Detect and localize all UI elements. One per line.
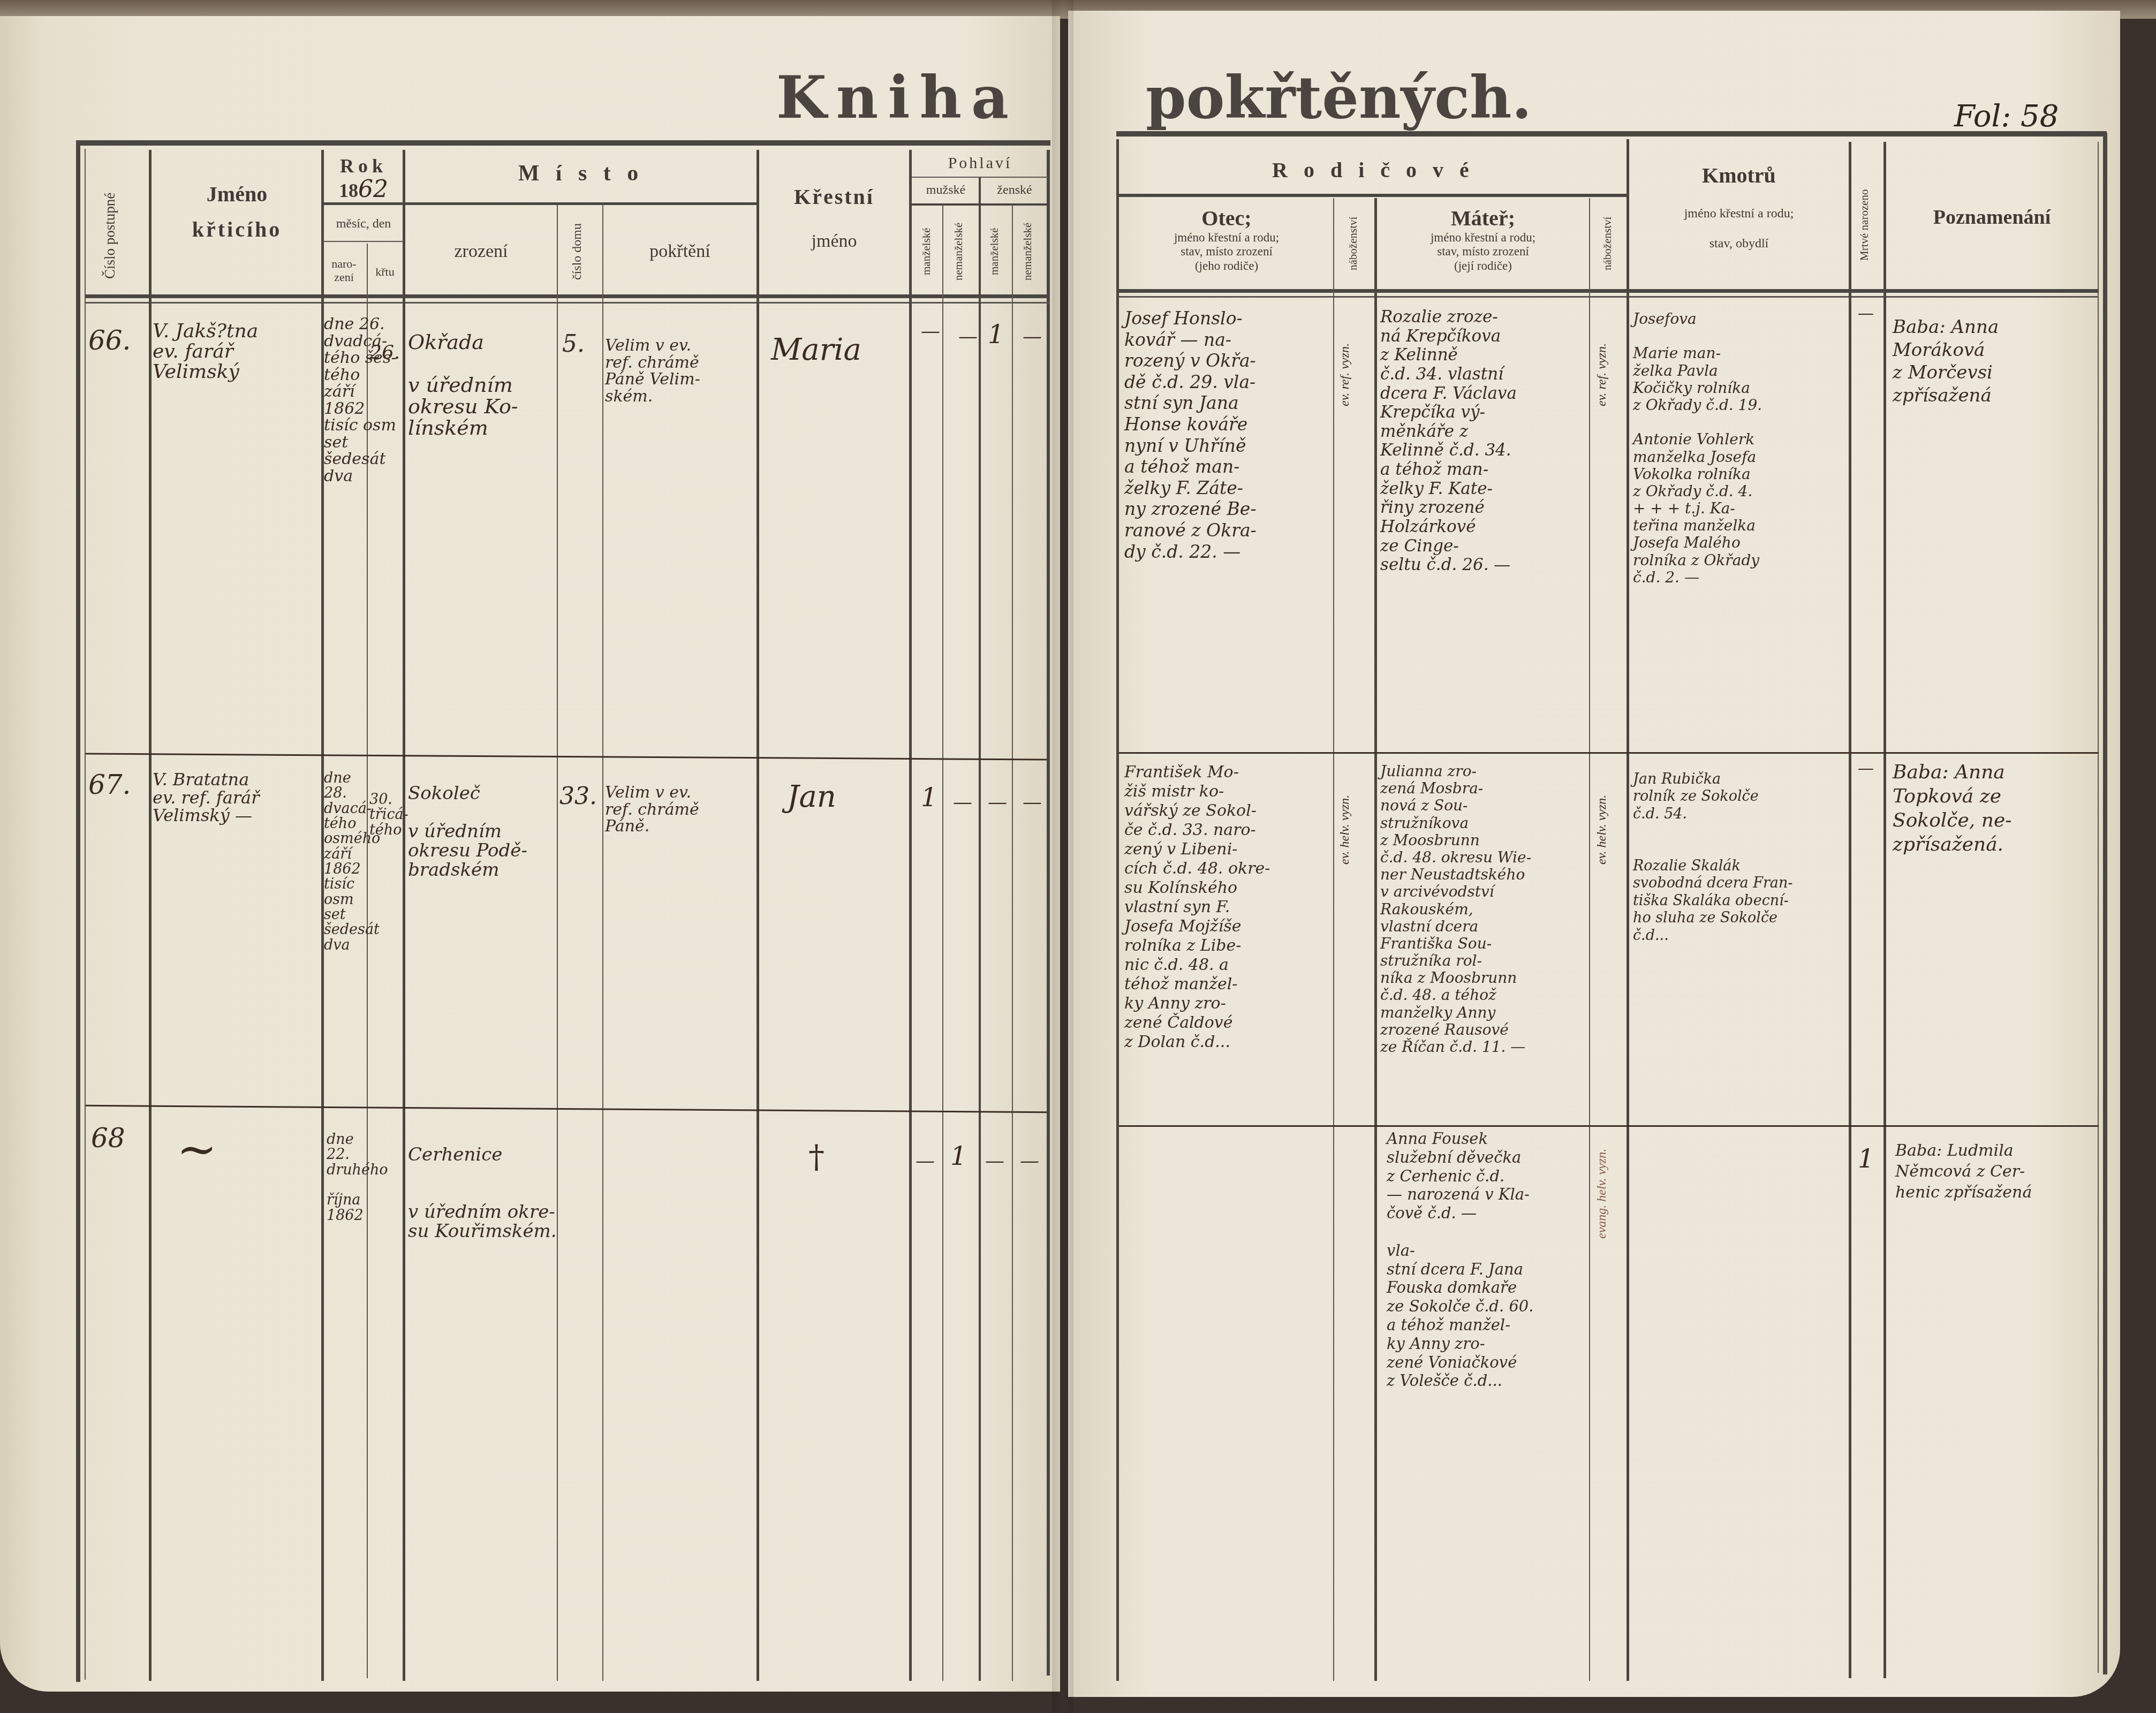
header-kmotru: Kmotrů jméno křestní a rodu; stav, obydl… — [1629, 163, 1849, 251]
folio-number: Fol: 58 — [1954, 99, 2059, 134]
header-zrozeni: zrození — [405, 241, 557, 262]
father: Josef Honslo- kovář — na- rozený v Okřa-… — [1124, 308, 1333, 562]
entry-number: 66. — [88, 327, 131, 355]
header-mrtve-narozeno: Mrtvé narozeno — [1858, 171, 1871, 278]
stillborn: — — [1858, 305, 1874, 322]
title-left: Kniha — [776, 64, 1018, 132]
given-name: † — [808, 1140, 824, 1174]
mother: Rozalie zroze- ná Krepčíkova z Kelinně č… — [1380, 308, 1589, 575]
female-legit: — — [985, 1151, 1004, 1171]
header-male-illegit: nemanželské — [952, 211, 965, 292]
male-legit: — — [916, 1151, 935, 1171]
entry-number: 67. — [88, 771, 131, 799]
book-spine — [1052, 0, 1073, 1713]
birthplace: Sokoleč v úředním okresu Podě- bradském — [408, 784, 558, 880]
stillborn: 1 — [1858, 1146, 1874, 1172]
baptizer: V. Jakš?tna ev. farář Velimský — [153, 321, 321, 382]
header-pohlavi: Pohlaví — [912, 154, 1048, 173]
mother: Anna Fousek služební děvečka z Cerhenic … — [1387, 1130, 1595, 1390]
header-rodicove: R o d i č o v é — [1119, 158, 1628, 183]
header-krestni-jmeno: Křestní jméno — [759, 185, 909, 252]
baptizer: ~ — [177, 1124, 217, 1175]
header-misto: M í s t o — [405, 161, 757, 186]
father: František Mo- žiš mistr ko- vářský ze So… — [1124, 763, 1333, 1052]
given-name: Jan — [787, 782, 836, 813]
header-female-illegit: nemanželské — [1021, 211, 1034, 292]
house-number: 33. — [559, 784, 597, 809]
header-rok: Rok 1862 — [324, 155, 403, 202]
header-muzske: mužské — [912, 183, 980, 198]
female-illegit: — — [1023, 792, 1042, 813]
house-number: 5. — [562, 332, 585, 357]
male-illegit: 1 — [950, 1143, 967, 1170]
baptism-date: 26. — [369, 343, 400, 363]
remarks: Baba: Ludmila Němcová z Cer- henic zpřís… — [1895, 1140, 2099, 1203]
header-krtu: křtu — [367, 265, 403, 278]
baptism-date: 30. třicá- tého — [369, 792, 404, 838]
place-baptized: Velim v ev. ref. chrámě Páně. — [605, 784, 758, 835]
place-baptized: Velim v ev. ref. chrámě Páně Velim- ském… — [605, 337, 758, 405]
header-father-religion: náboženství — [1346, 206, 1360, 281]
header-female-legit: manželské — [988, 211, 1001, 292]
header-zenske: ženské — [981, 183, 1048, 198]
female-legit: 1 — [988, 321, 1004, 348]
baptizer: V. Bratatna ev. ref. farář Velimský — — [153, 771, 321, 825]
header-otec: Otec; jméno křestní a rodu; stav, místo … — [1120, 206, 1333, 273]
birth-date: dne 22. druhého října 1862 — [327, 1132, 372, 1223]
godparents: Josefova Marie man- želka Pavla Kočičky … — [1633, 310, 1847, 586]
row-separator — [1119, 1125, 2099, 1127]
row-separator — [1119, 752, 2099, 754]
mother: Julianna zro- zená Mosbra- nová z Sou- s… — [1380, 763, 1589, 1056]
mother-religion: ev. helv. vyzn. — [1595, 765, 1609, 894]
birth-date: dne 28. dvacá- tého osmého září 1862 tis… — [324, 771, 369, 953]
header-jmeno: Jméno křticího — [153, 182, 321, 242]
birthplace: Cerhenice v úředním okre- su Kouřimském. — [408, 1146, 563, 1241]
remarks: Baba: Anna Topková ze Sokolče, ne- zpřís… — [1893, 760, 2099, 856]
male-legit: — — [921, 321, 940, 342]
male-illegit: — — [958, 327, 978, 347]
header-mesic-den: měsíc, den — [324, 217, 403, 232]
male-illegit: — — [953, 792, 972, 813]
mother-religion: evang. helv. vyzn. — [1595, 1135, 1609, 1253]
father-religion: ev. ref. vyzn. — [1338, 316, 1352, 434]
godparents: Jan Rubička rolník ze Sokolče č.d. 54. R… — [1633, 771, 1847, 944]
header-mater: Máteř; jméno křestní a rodu; stav, místo… — [1377, 206, 1589, 273]
header-cislo-domu: číslo domu — [570, 214, 585, 289]
header-male-legit: manželské — [920, 211, 933, 292]
remarks: Baba: Anna Moráková z Morčevsi zpřísažen… — [1893, 316, 2099, 407]
female-illegit: — — [1023, 327, 1042, 347]
female-legit: — — [988, 792, 1007, 813]
male-legit: 1 — [921, 784, 937, 811]
header-cislo-postupne: Číslo postupné — [102, 182, 118, 289]
header-mother-religion: náboženství — [1601, 206, 1614, 281]
header-poznamenani: Poznamenání — [1886, 206, 2098, 230]
given-name: Maria — [771, 335, 861, 366]
female-illegit: — — [1020, 1151, 1039, 1171]
birthplace: Okřada v úředním okresu Ko- línském — [408, 332, 558, 438]
mother-religion: ev. ref. vyzn. — [1595, 316, 1609, 434]
entry-number: 68 — [91, 1124, 125, 1153]
header-narozeni: naro- zení — [321, 257, 367, 284]
stillborn: — — [1858, 760, 1874, 777]
title-right: pokřtěných. — [1146, 64, 1532, 132]
header-pokrteni: pokřtění — [603, 241, 757, 262]
father-religion: ev. helv. vyzn. — [1338, 765, 1352, 894]
